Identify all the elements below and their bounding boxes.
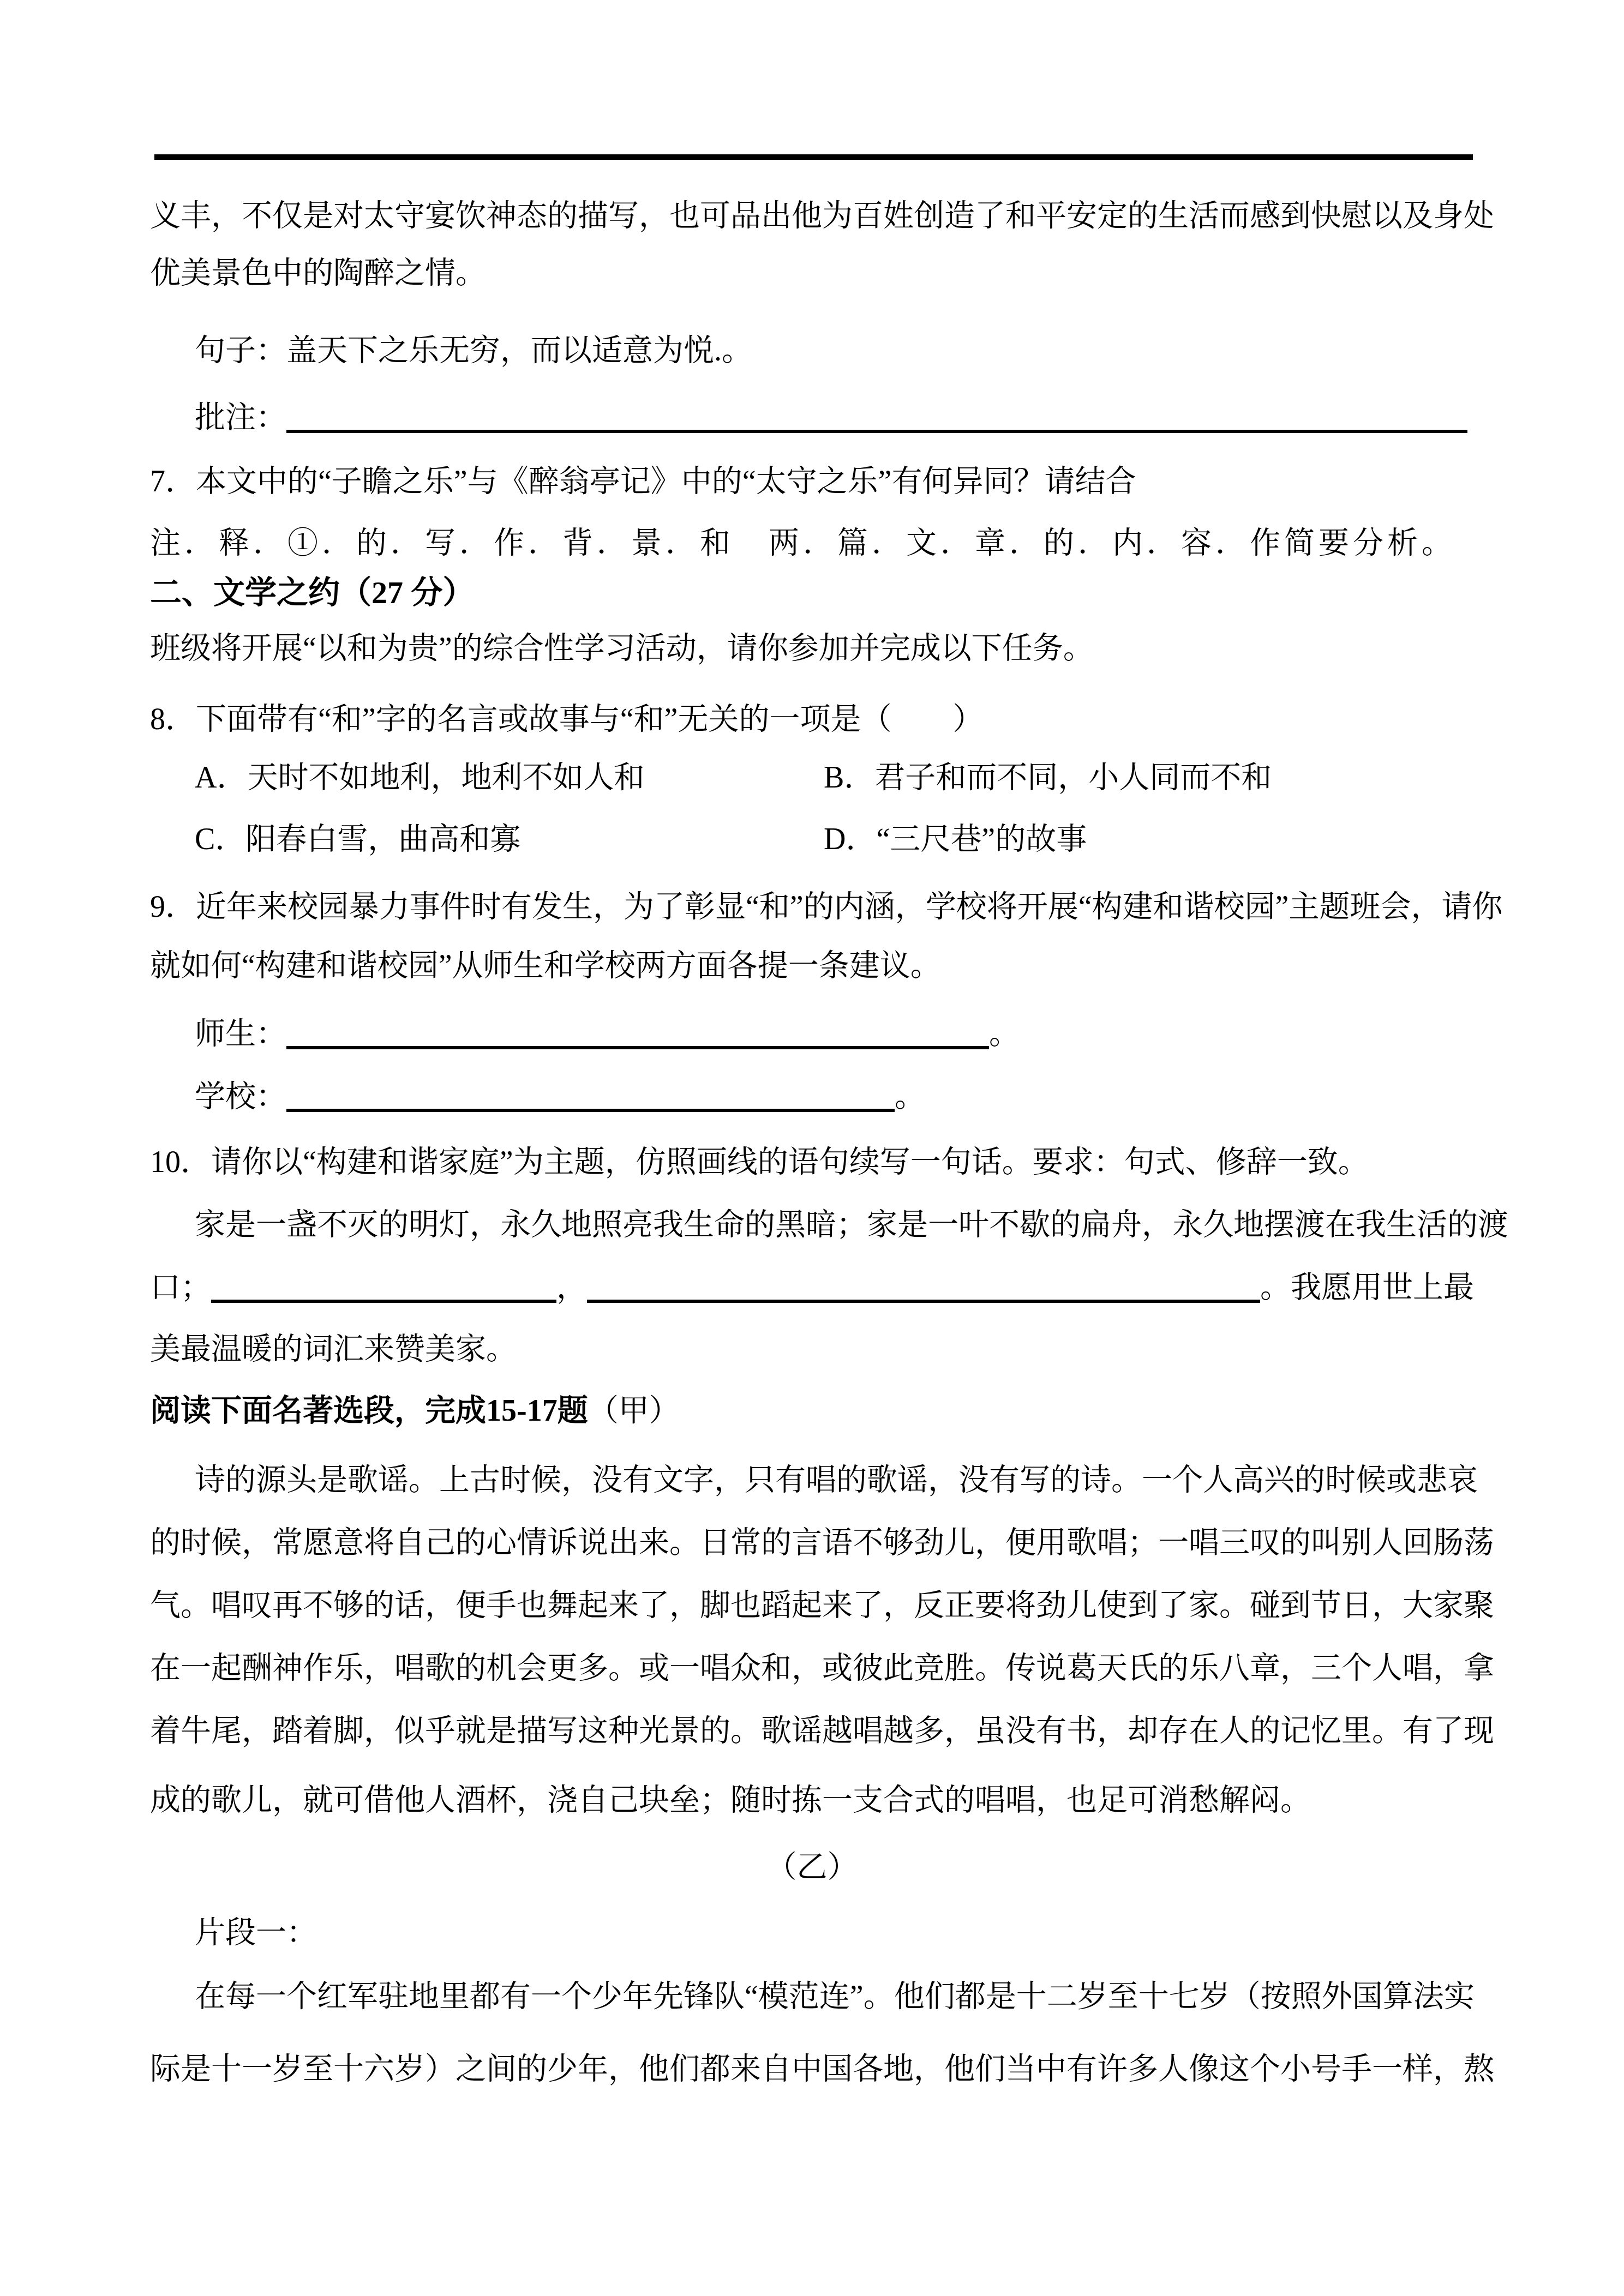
- school-blank-row: 学校：。: [195, 1080, 925, 1114]
- exam-page: 义丰，不仅是对太守宴饮神态的描写，也可品出他为百姓创造了和平安定的生活而感到快慰…: [0, 0, 1624, 2296]
- annotation-row: 批注：: [195, 401, 1467, 435]
- passage-jia-line-4: 在一起酬神作乐，唱歌的机会更多。或一唱众和，或彼此竞胜。传说葛天氏的乐八章，三个…: [150, 1651, 1494, 1685]
- reading-instruction-heading: 阅读下面名著选段，完成15-17题: [150, 1394, 588, 1428]
- fill-in-tail: 。我愿用世上最: [1260, 1271, 1474, 1305]
- option-d: D．“三尺巷”的故事: [824, 822, 1087, 856]
- reading-instruction-row: 阅读下面名著选段，完成15-17题（甲）: [150, 1394, 680, 1428]
- passage-jia-line-1: 诗的源头是歌谣。上古时候，没有文字，只有唱的歌谣，没有写的诗。一个人高兴的时候或…: [195, 1463, 1478, 1497]
- activity-intro-line: 班级将开展“以和为贵”的综合性学习活动，请你参加并完成以下任务。: [150, 632, 1094, 665]
- fill-in-comma: ，: [556, 1271, 587, 1305]
- passage-yi-label: （乙）: [0, 1850, 1624, 1884]
- teacher-student-blank-line[interactable]: [286, 1039, 989, 1049]
- school-label: 学校：: [195, 1080, 286, 1114]
- question-9-line-2: 就如何“构建和谐校园”从师生和学校两方面各提一条建议。: [150, 949, 941, 983]
- sentence-quote-line: 句子：盖天下之乐无穷，而以适意为悦.。: [195, 334, 752, 368]
- fill-in-lead: 口；: [150, 1271, 211, 1305]
- question-9-line-1: 9．近年来校园暴力事件时有发生，为了彰显“和”的内涵，学校将开展“构建和谐校园”…: [150, 890, 1502, 924]
- teacher-student-period: 。: [989, 1017, 1020, 1051]
- passage-jia-line-6: 成的歌儿，就可借他人酒杯，浇自己块垒；随时拣一支合式的唱唱，也足可消愁解闷。: [150, 1783, 1311, 1817]
- fill-in-sentence-row: 口；，。我愿用世上最: [150, 1271, 1474, 1305]
- fill-in-blank-2[interactable]: [587, 1293, 1260, 1303]
- option-b: B．君子和而不同，小人同而不和: [824, 761, 1272, 795]
- fragment-1-label: 片段一：: [195, 1916, 317, 1950]
- example-sentence-line-1: 家是一盏不灭的明灯，永久地照亮我生命的黑暗；家是一叶不歇的扁舟，永久地摆渡在我生…: [195, 1208, 1508, 1242]
- passage-yi-line-2: 际是十一岁至十六岁）之间的少年，他们都来自中国各地，他们当中有许多人像这个小号手…: [150, 2052, 1494, 2086]
- paragraph-continuation-line: 义丰，不仅是对太守宴饮神态的描写，也可品出他为百姓创造了和平安定的生活而感到快慰…: [150, 199, 1494, 233]
- question-10-stem: 10．请你以“构建和谐家庭”为主题，仿照画线的语句续写一句话。要求：句式、修辞一…: [150, 1145, 1369, 1179]
- teacher-student-label: 师生：: [195, 1017, 286, 1051]
- passage-jia-line-2: 的时候，常愿意将自己的心情诉说出来。日常的言语不够劲儿，便用歌唱；一唱三叹的叫别…: [150, 1526, 1494, 1560]
- question-8-stem: 8．下面带有“和”字的名言或故事与“和”无关的一项是（ ）: [150, 702, 983, 736]
- question-7-line-2: 注．释．①．的．写．作．背．景．和 两．篇．文．章．的．内．容．作简要分析。: [150, 526, 1456, 560]
- annotation-blank-line[interactable]: [286, 423, 1467, 433]
- option-a: A．天时不如地利，地利不如人和: [195, 761, 644, 795]
- annotation-label: 批注：: [195, 401, 286, 435]
- section-2-heading: 二、文学之约（27 分）: [150, 576, 475, 610]
- school-blank-line[interactable]: [286, 1102, 895, 1112]
- passage-jia-label: （甲）: [588, 1394, 680, 1428]
- passage-jia-line-5: 着牛尾，踏着脚，似乎就是描写这种光景的。歌谣越唱越多，虽没有书，却存在人的记忆里…: [150, 1714, 1494, 1748]
- header-divider-rule: [154, 154, 1473, 160]
- paragraph-end-line: 优美景色中的陶醉之情。: [150, 256, 486, 290]
- option-c: C．阳春白雪，曲高和寡: [195, 822, 520, 856]
- example-sentence-line-3: 美最温暖的词汇来赞美家。: [150, 1332, 517, 1366]
- teacher-student-blank-row: 师生：。: [195, 1017, 1020, 1051]
- passage-jia-line-3: 气。唱叹再不够的话，便手也舞起来了，脚也蹈起来了，反正要将劲儿使到了家。碰到节日…: [150, 1589, 1494, 1622]
- passage-yi-line-1: 在每一个红军驻地里都有一个少年先锋队“模范连”。他们都是十二岁至十七岁（按照外国…: [195, 1980, 1475, 2013]
- fill-in-blank-1[interactable]: [211, 1293, 556, 1303]
- question-7-line-1: 7．本文中的“子瞻之乐”与《醉翁亭记》中的“太守之乐”有何异同？请结合: [150, 465, 1136, 498]
- school-period: 。: [895, 1080, 925, 1114]
